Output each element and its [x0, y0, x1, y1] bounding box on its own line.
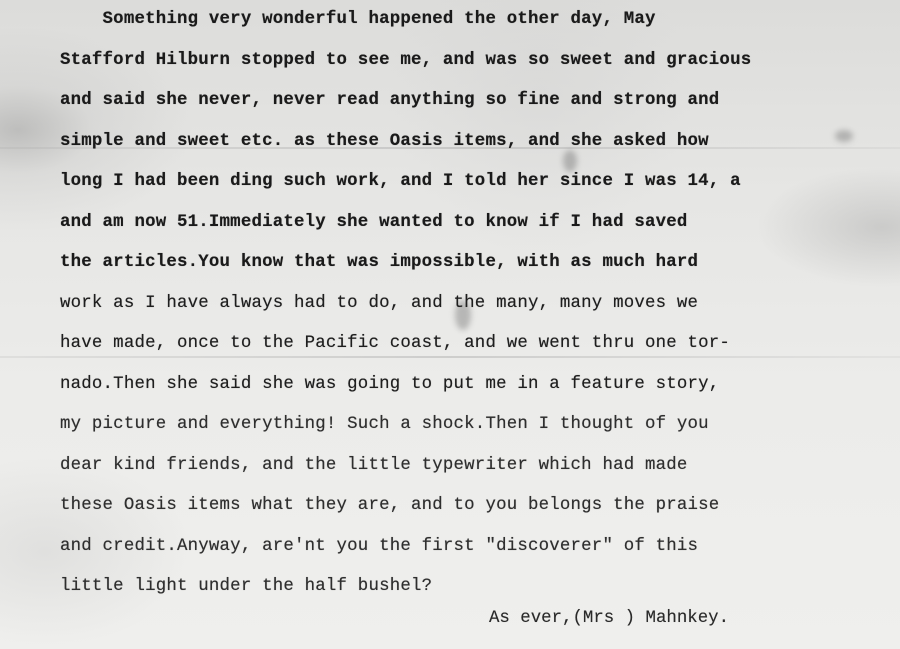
letter-line: dear kind friends, and the little typewr… [60, 454, 880, 495]
letter-line: and said she never, never read anything … [60, 89, 880, 130]
signature: As ever,(Mrs ) Mahnkey. [489, 609, 729, 628]
letter-line: little light under the half bushel? [60, 575, 880, 616]
letter-line: nado.Then she said she was going to put … [60, 373, 880, 414]
letter-line: have made, once to the Pacific coast, an… [60, 332, 880, 373]
letter-line: Something very wonderful happened the ot… [60, 8, 880, 49]
letter-line: Stafford Hilburn stopped to see me, and … [60, 49, 880, 90]
letter-line: and am now 51.Immediately she wanted to … [60, 211, 880, 252]
letter-line: my picture and everything! Such a shock.… [60, 413, 880, 454]
letter-line: long I had been ding such work, and I to… [60, 170, 880, 211]
letter-line: these Oasis items what they are, and to … [60, 494, 880, 535]
letter-line: the articles.You know that was impossibl… [60, 251, 880, 292]
letter-line: simple and sweet etc. as these Oasis ite… [60, 130, 880, 171]
letter-line: work as I have always had to do, and the… [60, 292, 880, 333]
letter-line: and credit.Anyway, are'nt you the first … [60, 535, 880, 576]
letter-body: Something very wonderful happened the ot… [60, 8, 880, 616]
